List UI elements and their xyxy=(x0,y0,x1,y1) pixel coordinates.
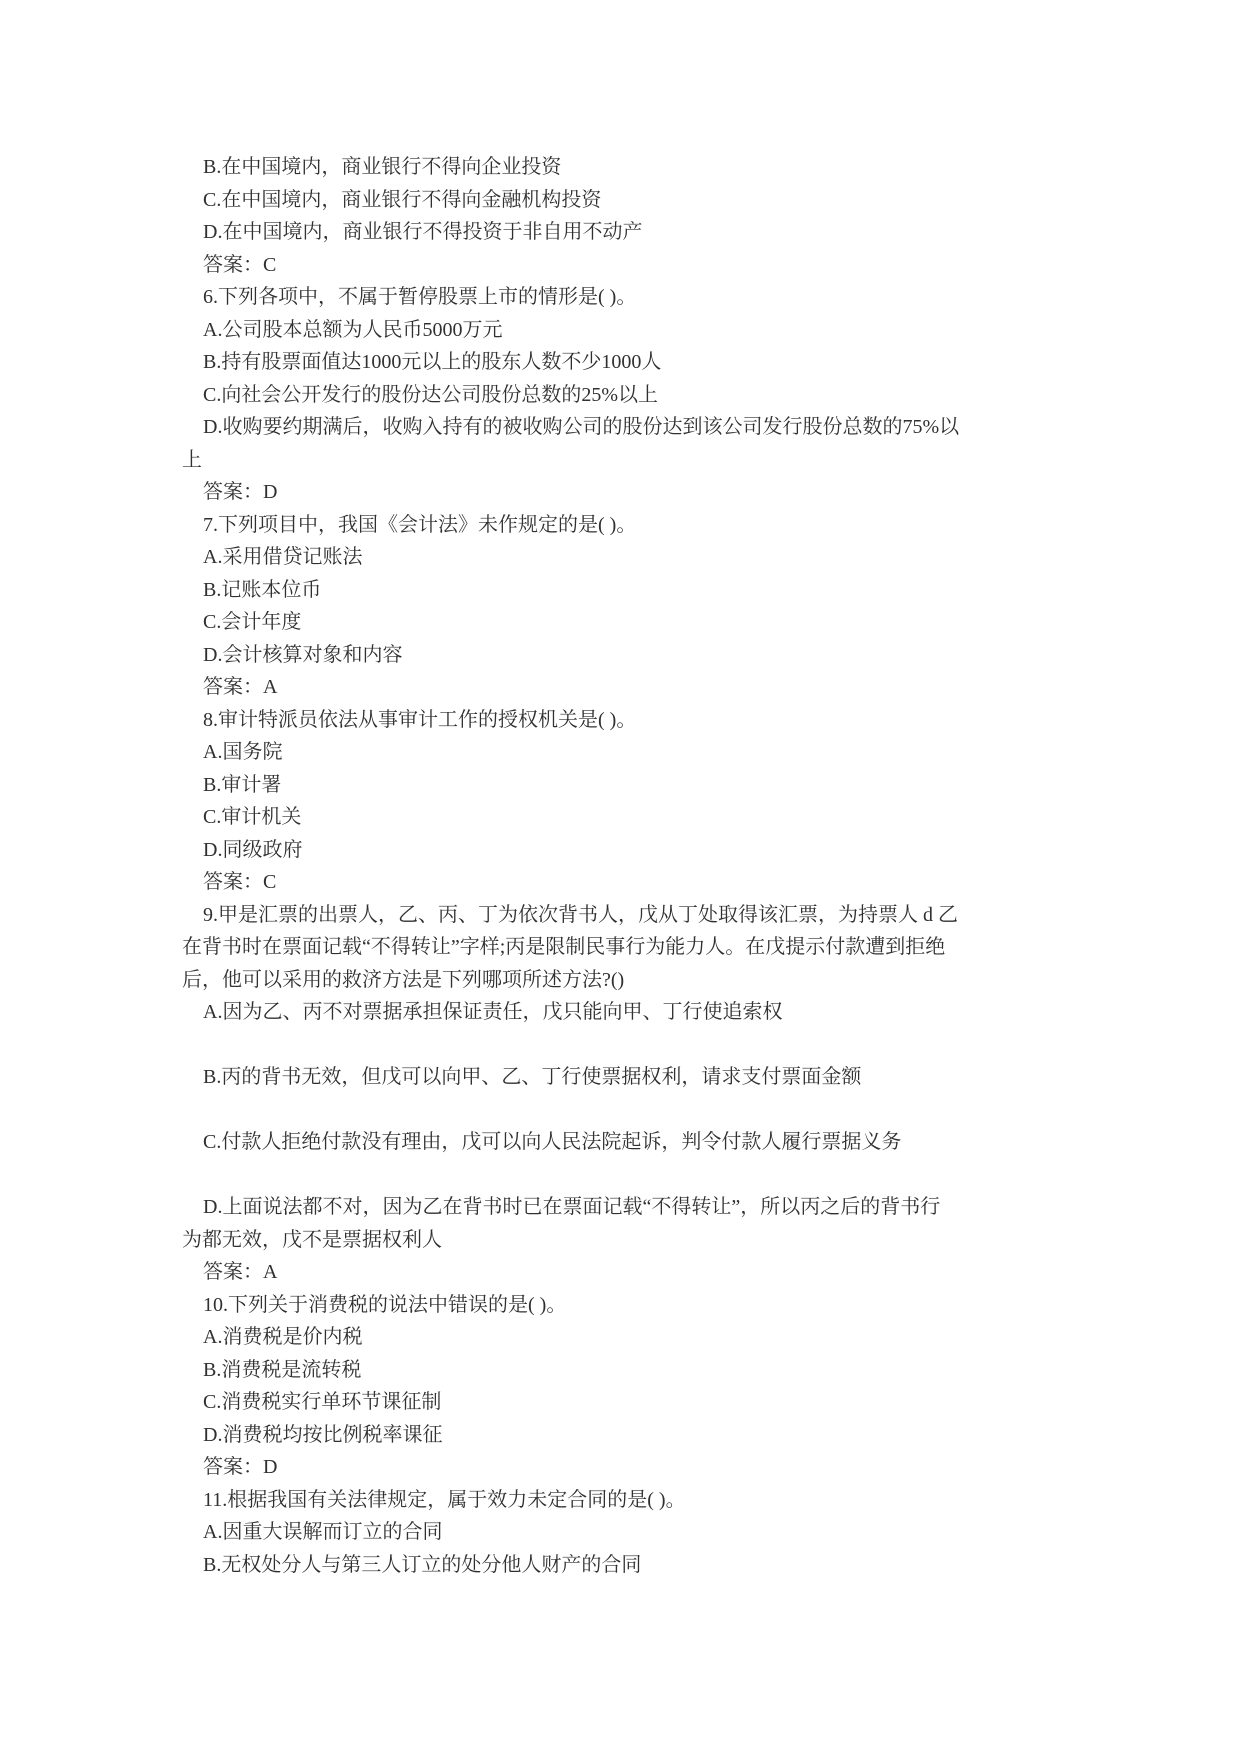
text-line-option: D.同级政府 xyxy=(182,834,1101,867)
document-text-block: B.在中国境内，商业银行不得向企业投资C.在中国境内，商业银行不得向金融机构投资… xyxy=(0,0,1241,1581)
text-line-option: B.消费税是流转税 xyxy=(182,1354,1101,1387)
text-line-option: B.丙的背书无效，但戊可以向甲、乙、丁行使票据权利，请求支付票面金额 xyxy=(182,1061,1101,1094)
text-line-option-continuation: 为都无效，戊不是票据权利人 xyxy=(182,1224,1101,1257)
text-line-option: D.在中国境内，商业银行不得投资于非自用不动产 xyxy=(182,216,1101,249)
text-line-option: C.消费税实行单环节课征制 xyxy=(182,1386,1101,1419)
text-line-option: A.采用借贷记账法 xyxy=(182,541,1101,574)
text-line-option: C.会计年度 xyxy=(182,606,1101,639)
text-line-answer: 答案：D xyxy=(182,476,1101,509)
text-line-option: B.无权处分人与第三人订立的处分他人财产的合同 xyxy=(182,1549,1101,1582)
text-line-option: B.审计署 xyxy=(182,769,1101,802)
blank-line xyxy=(182,1094,1101,1127)
text-line-option: A.公司股本总额为人民币5000万元 xyxy=(182,314,1101,347)
text-line-question: 7.下列项目中，我国《会计法》未作规定的是( )。 xyxy=(182,509,1101,542)
text-line-option: C.在中国境内，商业银行不得向金融机构投资 xyxy=(182,184,1101,217)
text-line-option: A.国务院 xyxy=(182,736,1101,769)
text-line-option: B.记账本位币 xyxy=(182,574,1101,607)
text-line-question-continuation: 在背书时在票面记载“不得转让”字样;丙是限制民事行为能力人。在戊提示付款遭到拒绝 xyxy=(182,931,1101,964)
text-line-question: 8.审计特派员依法从事审计工作的授权机关是( )。 xyxy=(182,704,1101,737)
text-line-option: D.上面说法都不对，因为乙在背书时已在票面记载“不得转让”，所以丙之后的背书行 xyxy=(182,1191,1101,1224)
text-line-question: 11.根据我国有关法律规定，属于效力未定合同的是( )。 xyxy=(182,1484,1101,1517)
text-line-option: C.审计机关 xyxy=(182,801,1101,834)
document-page: B.在中国境内，商业银行不得向企业投资C.在中国境内，商业银行不得向金融机构投资… xyxy=(0,0,1241,1754)
text-line-option: A.因为乙、丙不对票据承担保证责任，戊只能向甲、丁行使追索权 xyxy=(182,996,1101,1029)
text-line-option: D.消费税均按比例税率课征 xyxy=(182,1419,1101,1452)
text-line-option: A.消费税是价内税 xyxy=(182,1321,1101,1354)
text-line-option: C.向社会公开发行的股份达公司股份总数的25%以上 xyxy=(182,379,1101,412)
text-line-option: A.因重大误解而订立的合同 xyxy=(182,1516,1101,1549)
text-line-answer: 答案：A xyxy=(182,671,1101,704)
text-line-answer: 答案：D xyxy=(182,1451,1101,1484)
text-line-question: 9.甲是汇票的出票人，乙、丙、丁为依次背书人，戊从丁处取得该汇票，为持票人 d … xyxy=(182,899,1101,932)
blank-line xyxy=(182,1029,1101,1062)
text-line-option: B.在中国境内，商业银行不得向企业投资 xyxy=(182,151,1101,184)
text-line-question: 10.下列关于消费税的说法中错误的是( )。 xyxy=(182,1289,1101,1322)
text-line-question: 6.下列各项中，不属于暂停股票上市的情形是( )。 xyxy=(182,281,1101,314)
text-line-answer: 答案：C xyxy=(182,249,1101,282)
text-line-option: D.收购要约期满后，收购入持有的被收购公司的股份达到该公司发行股份总数的75%以 xyxy=(182,411,1101,444)
text-line-answer: 答案：C xyxy=(182,866,1101,899)
text-line-question-continuation: 后，他可以采用的救济方法是下列哪项所述方法?() xyxy=(182,964,1101,997)
blank-line xyxy=(182,1159,1101,1192)
text-line-option: B.持有股票面值达1000元以上的股东人数不少1000人 xyxy=(182,346,1101,379)
text-line-option-continuation: 上 xyxy=(182,444,1101,477)
text-line-option: C.付款人拒绝付款没有理由，戊可以向人民法院起诉，判令付款人履行票据义务 xyxy=(182,1126,1101,1159)
text-line-option: D.会计核算对象和内容 xyxy=(182,639,1101,672)
text-line-answer: 答案：A xyxy=(182,1256,1101,1289)
